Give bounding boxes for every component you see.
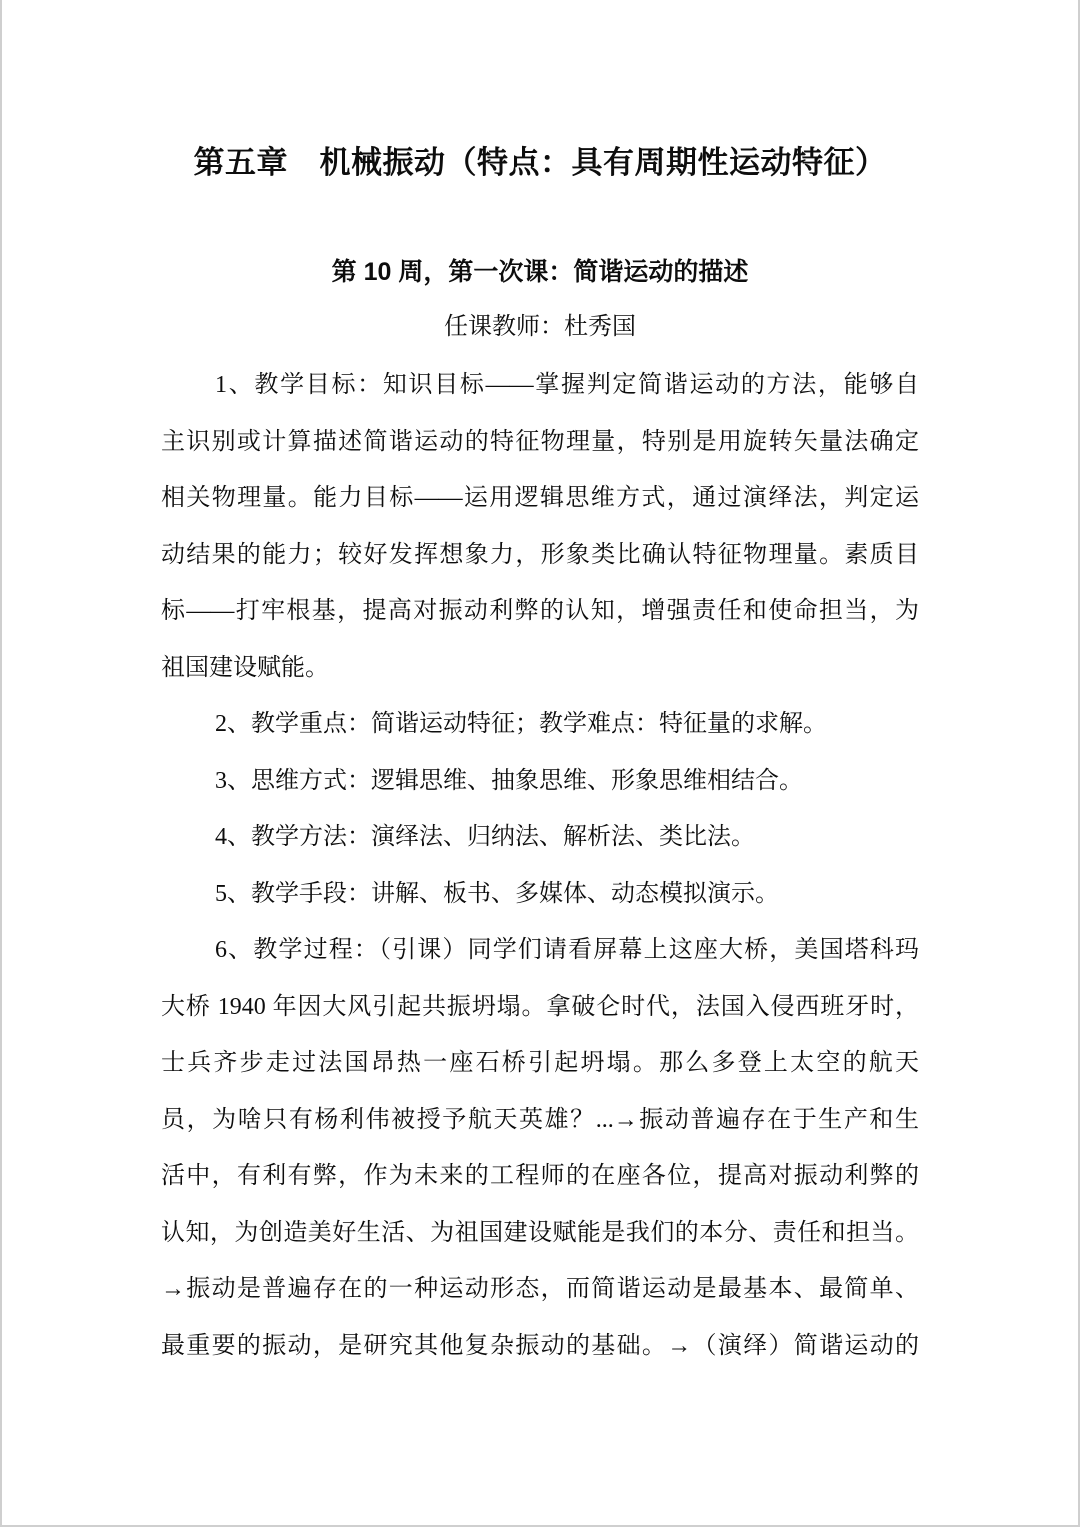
chapter-title: 第五章 机械振动（特点：具有周期性运动特征） — [161, 145, 919, 181]
teacher-line: 任课教师：杜秀国 — [161, 314, 919, 341]
body-line: 动结果的能力；较好发挥想象力，形象类比确认特征物理量。素质目 — [161, 527, 919, 584]
body-line: 主识别或计算描述简谐运动的特征物理量，特别是用旋转矢量法确定 — [161, 414, 919, 471]
body-line: 6、教学过程：（引课）同学们请看屏幕上这座大桥，美国塔科玛 — [161, 922, 919, 979]
body-line: 标——打牢根基，提高对振动利弊的认知，增强责任和使命担当，为 — [161, 583, 919, 640]
body-line: →振动是普遍存在的一种运动形态，而简谐运动是最基本、最简单、 — [161, 1261, 919, 1318]
body-line: 2、教学重点：简谐运动特征；教学难点：特征量的求解。 — [161, 696, 919, 753]
body-line: 员，为啥只有杨利伟被授予航天英雄？...→振动普遍存在于生产和生 — [161, 1092, 919, 1149]
body-line: 5、教学手段：讲解、板书、多媒体、动态模拟演示。 — [161, 866, 919, 923]
body-line: 3、思维方式：逻辑思维、抽象思维、形象思维相结合。 — [161, 753, 919, 810]
body-line: 最重要的振动，是研究其他复杂振动的基础。→（演绎）简谐运动的 — [161, 1318, 919, 1375]
body-line: 相关物理量。能力目标——运用逻辑思维方式，通过演绎法，判定运 — [161, 470, 919, 527]
body-line: 大桥 1940 年因大风引起共振坍塌。拿破仑时代，法国入侵西班牙时， — [161, 979, 919, 1036]
body-line: 1、教学目标：知识目标——掌握判定简谐运动的方法，能够自 — [161, 357, 919, 414]
body-line: 士兵齐步走过法国昂热一座石桥引起坍塌。那么多登上太空的航天 — [161, 1035, 919, 1092]
body-line: 活中，有利有弊，作为未来的工程师的在座各位，提高对振动利弊的 — [161, 1148, 919, 1205]
body-line: 祖国建设赋能。 — [161, 640, 919, 697]
document-page: 第五章 机械振动（特点：具有周期性运动特征） 第 10 周，第一次课：简谐运动的… — [0, 0, 1080, 1527]
body-line: 4、教学方法：演绎法、归纳法、解析法、类比法。 — [161, 809, 919, 866]
session-heading: 第 10 周，第一次课：简谐运动的描述 — [161, 258, 919, 286]
document-body: 1、教学目标：知识目标——掌握判定简谐运动的方法，能够自主识别或计算描述简谐运动… — [161, 357, 919, 1374]
body-line: 认知，为创造美好生活、为祖国建设赋能是我们的本分、责任和担当。 — [161, 1205, 919, 1262]
